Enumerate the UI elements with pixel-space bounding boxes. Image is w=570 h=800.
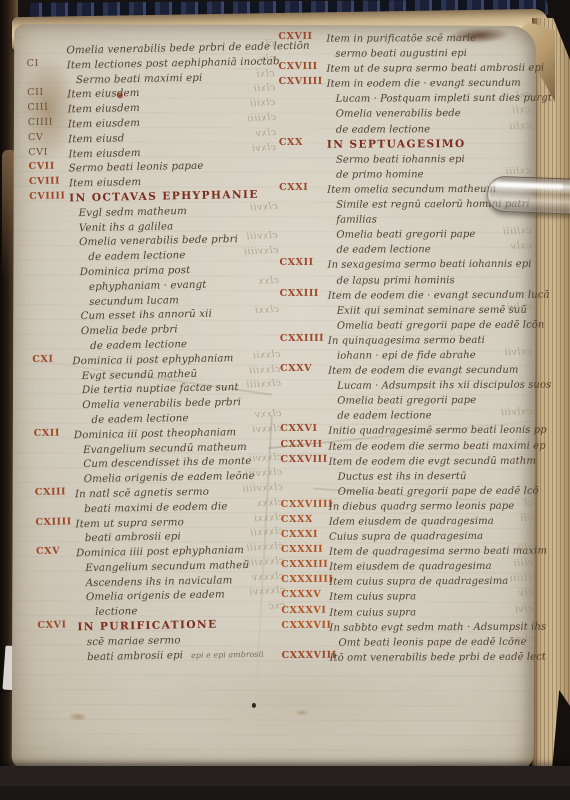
entry-number [34,456,74,457]
entry-number: CXXVIII [280,451,328,466]
entry-number: CXXXV [281,587,329,602]
entry-number: CII [27,86,67,102]
entry-number: CVI [28,145,68,161]
entry-number [27,71,67,72]
entry-number [30,248,70,249]
mirrored-folio-number: clxii [253,81,276,97]
entry-number: CXVIII [278,59,326,74]
entry-number [33,396,73,397]
entry-number: CXXXVII [281,617,329,632]
entry-line: Omt beati leonis pape de eadē lcōne clvi… [281,631,535,647]
entry-number [30,219,70,220]
entry-number: CXV [36,544,76,560]
entry-number: CXXXVIII [282,648,330,663]
entry-line: sermo beati augustini epi [278,43,532,59]
entry-number: CXXIII [280,285,328,300]
entry-number: CXXII [279,255,327,270]
mirrored-folio-number: clxvii [249,200,278,216]
entry-number [36,559,76,560]
entry-number [34,470,74,471]
entry-number [35,500,75,501]
mirrored-folio-number: clxxv [254,407,282,423]
entry-number: CXIIII [35,515,75,531]
entry-number [37,589,77,590]
mirrored-folio-number: clxiii [249,96,276,112]
mirrored-folio-number: clxxiiii [245,377,281,394]
entry-line: CXXVIInitio quadragesimē sermo beati leo… [280,420,534,436]
left-column: Omelia venerabilis bede prbri de eade le… [26,37,288,663]
entry-line: Omelia beati gregorii pape de eadē lcō [281,480,535,496]
entry-number [37,604,77,605]
entry-line: Exiit qui seminat seminare semē suū cxlv… [280,299,534,315]
parchment-page: Omelia venerabilis bede prbri de eade le… [12,24,537,770]
entry-line: CXXXVIIIn sabbto evgt sedm math · Adsump… [281,616,535,632]
entry-line: CXXVItem de eodem die evangt secundum [280,360,534,376]
mirrored-folio-number: clvii [511,631,534,647]
bottom-black-band [0,766,570,800]
entry-line: CXVIIIItem ut de supra sermo beati ambro… [278,58,532,74]
entry-number: CXXX [281,512,329,527]
right-column: CXVIIItem in purificatōe scē marie sermo… [278,28,535,663]
brown-spot [294,709,310,716]
entry-line: Omelia beati gregorii pape de eadē lcōn [280,314,534,330]
entry-number [32,322,72,323]
entry-number: CXXXIII [281,557,329,572]
entry-number: CXXVI [280,421,328,436]
mirrored-folio-number: cliiii [509,571,533,587]
entry-number: CXVIIII [279,74,327,89]
entry-line: CXXVIIItem de eodem die sermo beati maxi… [280,435,534,451]
mirrored-folio-number: cxlii [508,118,531,134]
entry-number: CXXV [280,361,328,376]
entry-number [36,574,76,575]
mirrored-folio-number: clx [259,52,275,68]
entry-line: de eadem lectione cxlv [279,239,533,255]
mirrored-folio-number: cxlvii [504,344,533,360]
entry-number [33,382,73,383]
mirrored-folio-number: cxl [515,88,531,104]
entry-line: CXXXVItem cuius supra clv [281,586,535,602]
mirrored-folio-number: clii [516,541,533,557]
entry-number [32,367,72,368]
entry-number: CVII [29,160,69,176]
entry-line: CXXVIIIItem de eodem die evgt secundū ma… [280,450,534,466]
entry-number: CXVI [37,618,77,634]
entry-line: Lucam · Adsumpsit ihs xii discipulos suo… [280,375,534,391]
entry-line: de lapsu primi hominis [280,269,534,285]
entry-line: Omelia beati gregorii pape [280,390,534,406]
entry-number [36,530,76,531]
entry-number: CIIII [28,115,68,131]
entry-number [29,204,69,205]
entry-number: CXXXII [281,542,329,557]
entry-line: CXXXICuius supra de quadragesima [281,526,535,542]
entry-number [33,411,73,412]
manuscript-photo: Omelia venerabilis bede prbri de eade le… [0,0,570,800]
entry-line: Lucam · Postquam impleti sunt dies purgt… [279,88,533,104]
mirrored-folio-number: clxxvi [251,421,282,437]
entry-line: CXXIIIItem de eodem die · evangt secundu… [280,284,534,300]
mirrored-folio-number: clvi [514,601,533,617]
entry-number: CXIII [35,485,75,501]
entry-number: CXXI [279,180,327,195]
entry-line: CXVIIItem in purificatōe scē marie [278,28,532,44]
entry-line: Omelia beati gregorii pape cxliiii [279,224,533,240]
mirrored-folio-number: clxiiii [246,111,276,127]
entry-line: de eadem lectione cxlii [279,118,533,134]
entry-number [30,263,70,264]
mirrored-folio-number: cl [265,37,275,52]
mirrored-folio-number: cl [523,495,533,510]
entry-text: beati ambrosii epi [78,649,183,663]
entry-number: CXI [32,352,72,368]
entry-line: CXXXIIIItem eiusdem de quadragesima clii… [281,556,535,572]
entry-number [32,337,72,338]
entry-number: CXXVII [280,436,328,451]
entry-line: Omelia venerabilis bede cxli [279,103,533,119]
mirrored-folio-number: clxx [257,274,279,290]
entry-number: CI [27,56,67,72]
mirrored-folio-number: cxlv [510,239,532,255]
entry-line: iohann · epi de fide abrahe cxlvii [280,345,534,361]
entry-line: CXXIIIn sexagesima sermo beati iohannis … [279,254,533,270]
mirrored-folio-number: clxi [256,67,276,83]
mirrored-folio-number: cliii [513,556,534,572]
entry-line: CXXXIIItem de quadragesima sermo beati m… [281,541,535,557]
entry-number: CXXXI [281,527,329,542]
entry-number [26,41,66,42]
entry-line: Sermo beati iohannis epi [279,148,533,164]
mirrored-folio-number: clxxxiiii [243,554,285,571]
entry-text: Itō omt venerabilis bede prbi de eadē le… [330,651,546,663]
brown-spot [68,712,88,721]
entry-number: CXXXVI [281,602,329,617]
entry-number: CXXIIII [280,331,328,346]
entry-line: Ductus est ihs in desertū [281,465,535,481]
glass-page-weight [486,174,570,217]
mirrored-folio-number: cxliiii [502,223,532,239]
entry-gloss: epi e epi ambrosii [191,649,264,659]
entry-number: CIII [27,101,67,117]
mirrored-folio-number: clxviiii [243,244,279,261]
entry-line: CXXXIdem eiusdem de quadragesima cli [281,511,535,527]
entry-number [31,278,71,279]
entry-number [30,234,70,235]
mirrored-folio-number: cxli [512,103,531,119]
entry-number: CXII [34,426,74,442]
mirrored-folio-number: clxxviiii [241,480,283,497]
entry-line: CXXXVIIIItō omt venerabilis bede prbi de… [282,647,536,663]
mirrored-folio-number: clxvi [251,141,276,157]
mirrored-folio-number: cli [520,510,534,526]
mirrored-folio-number: clv [518,586,534,602]
entry-number: CXXVIIII [281,497,329,512]
entry-number [31,308,71,309]
entry-number [38,633,78,634]
entry-line: de eadem lectione cxlviii [280,405,534,421]
entry-line: CXXVIIIIIn diebus quadrg sermo leonis pa… [281,496,535,512]
ink-blot [252,703,256,708]
mirrored-folio-number: clxxx [256,496,284,512]
entry-number [31,293,71,294]
entry-number: CXVII [278,29,326,44]
entry-line: CXXIIIIIn quinquagesima sermo beati [280,330,534,346]
entry-number: CVIII [29,175,69,191]
entry-number [38,648,78,649]
entry-line: CXXXVIItem cuius supra clvi [281,601,535,617]
mirrored-folio-number: clxv [255,126,277,142]
entry-number: CV [28,130,68,146]
entry-line: CXXIN SEPTUAGESIMO [279,133,533,149]
mirrored-folio-number: clxxii [252,348,281,364]
entry-number: CVIIII [29,189,69,205]
entry-number [34,441,74,442]
mirrored-folio-number: cxlvi [507,299,532,315]
mirrored-folio-number: cxlviii [500,404,532,420]
mirrored-folio-number: clxxi [254,303,279,319]
entry-number: CXX [279,134,327,149]
entry-line: CXVIIIIItem in eodem die · evangt secund… [279,73,533,89]
entry-line: CXXXIIIIItem cuius supra de quadragesima… [281,571,535,587]
entry-number: CXXXIIII [281,572,329,587]
